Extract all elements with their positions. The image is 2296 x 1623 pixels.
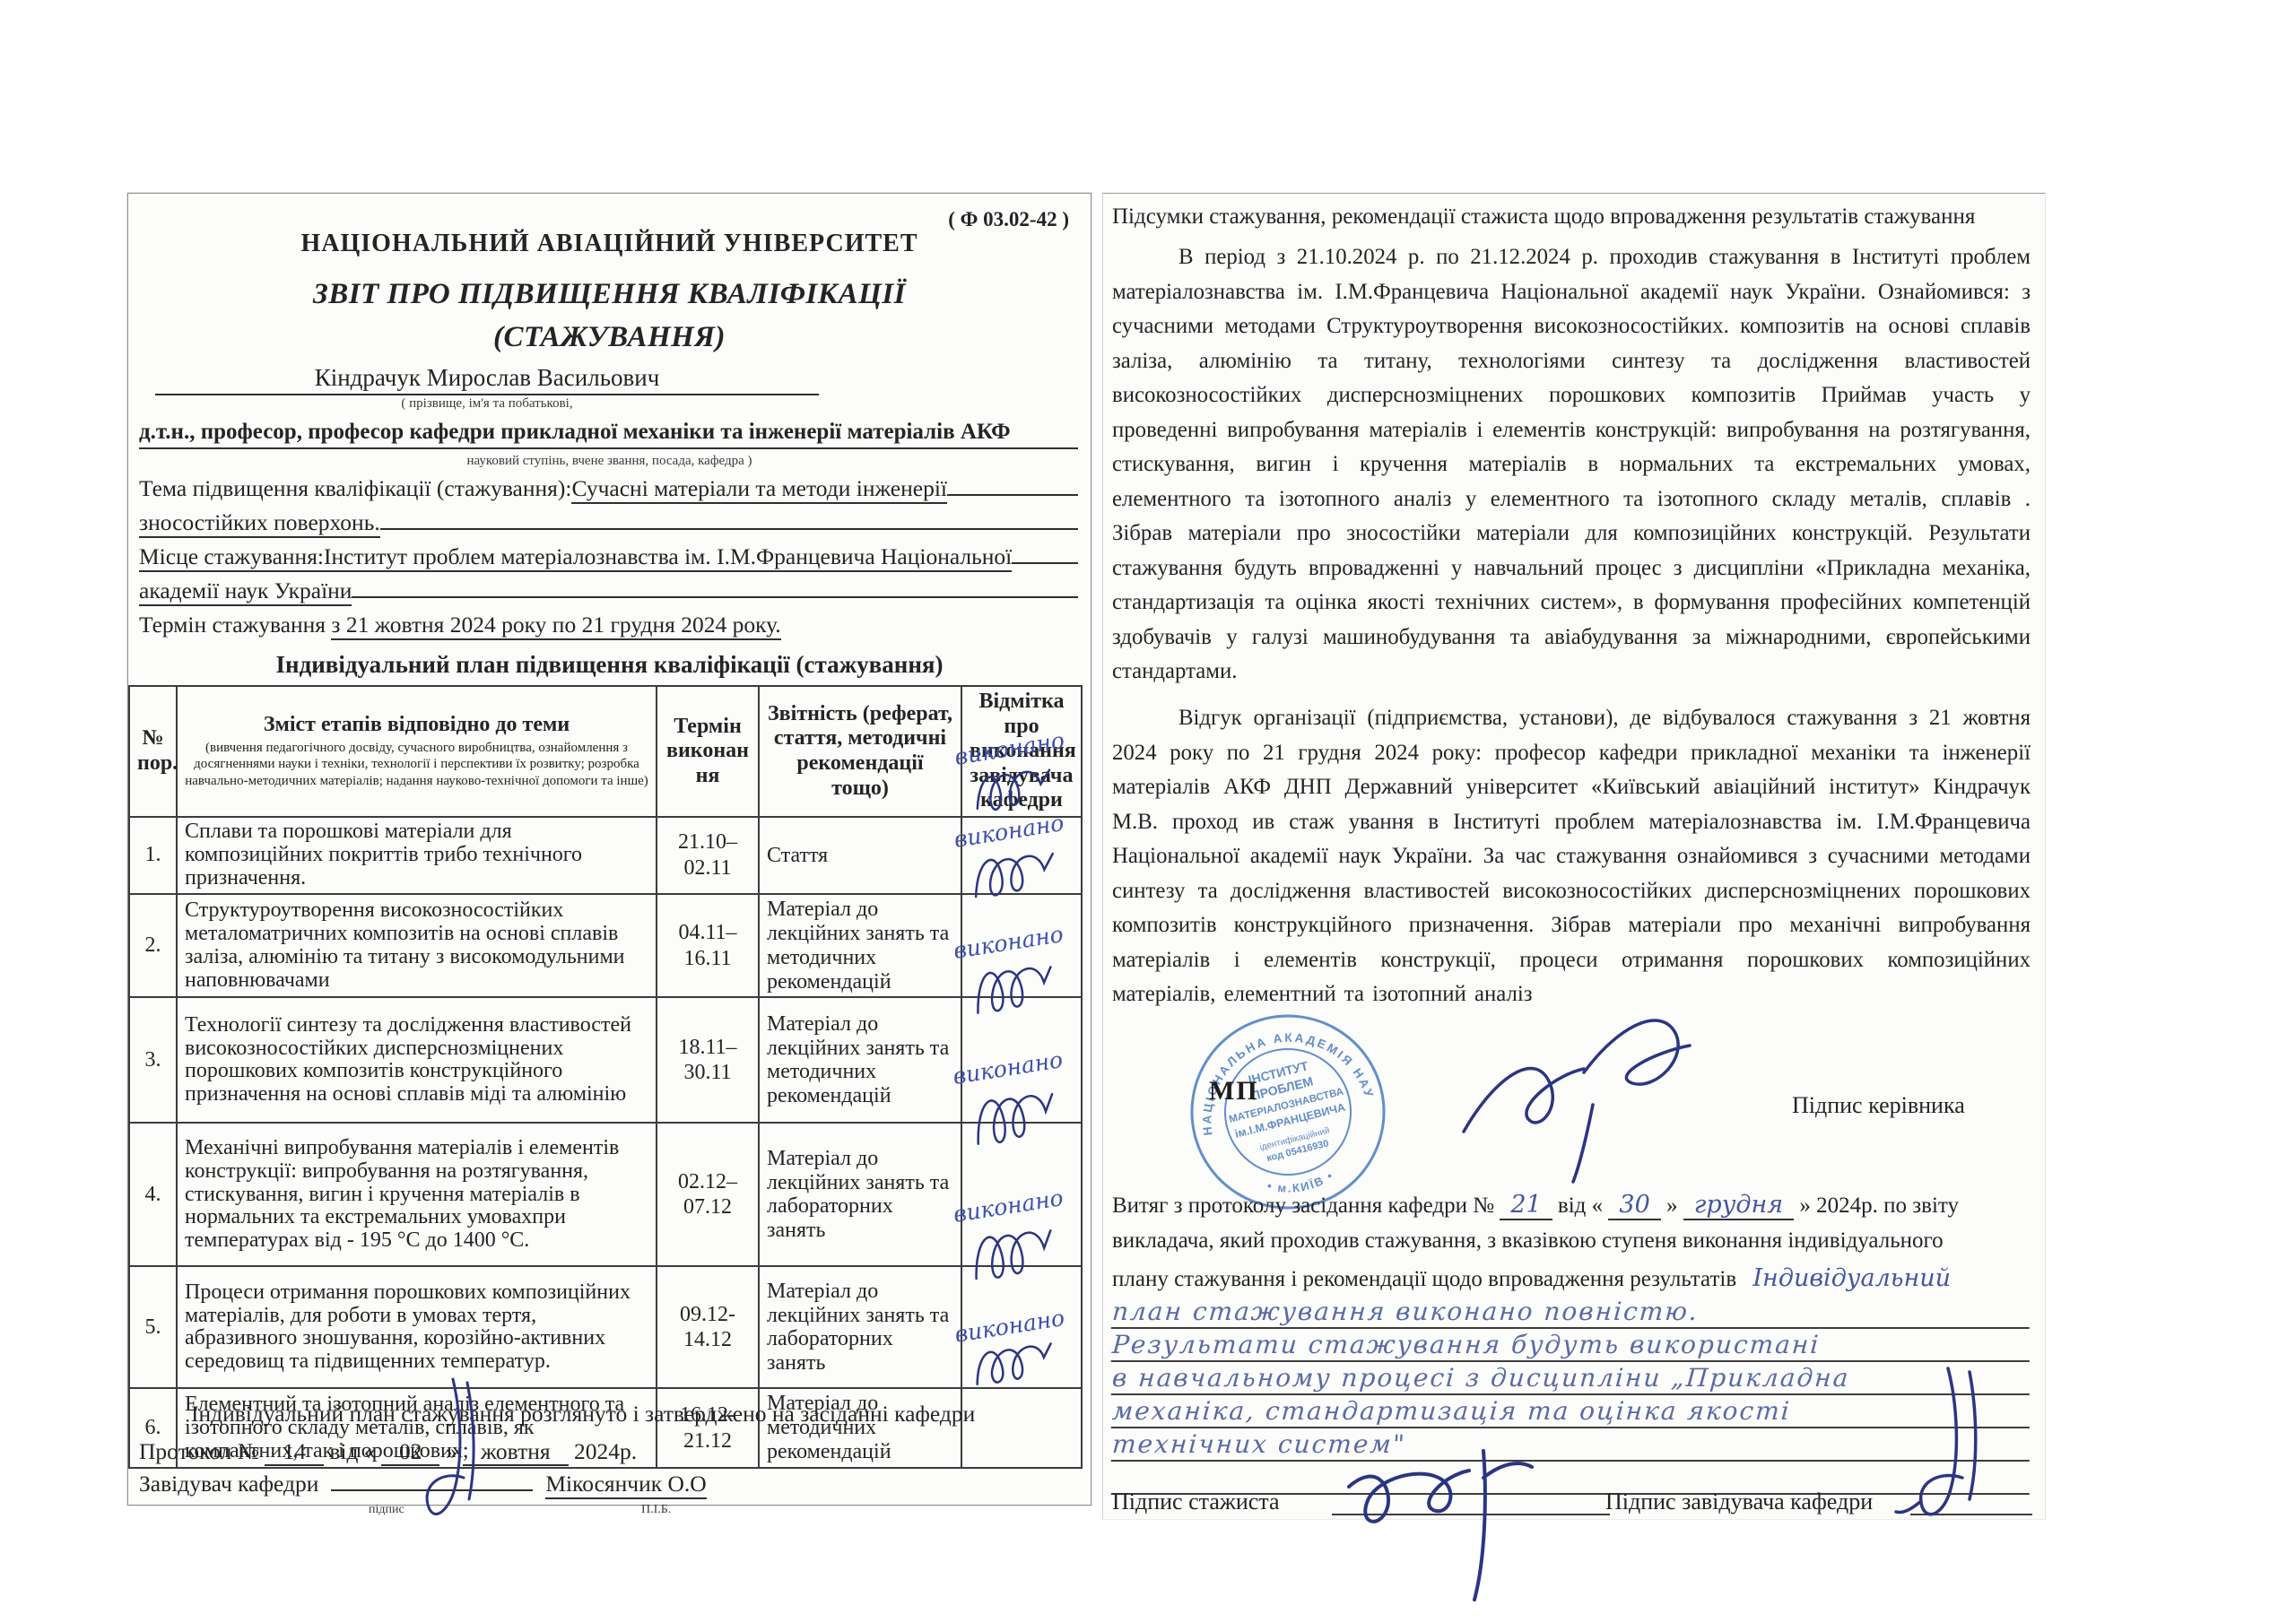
table-row: 5. Процеси отримання порошкових композиц… xyxy=(129,1266,1082,1388)
row-term: 04.11– 16.11 xyxy=(657,894,759,998)
protocol-label-from: від « xyxy=(329,1438,375,1464)
handwritten-line: план стажування виконано повністю. xyxy=(1111,1297,2032,1329)
place-value-line2: академії наук України xyxy=(139,577,352,606)
individual-plan-table: № пор. Зміст етапів відповідно до теми (… xyxy=(128,685,1083,1469)
protocol-year: 2024р. xyxy=(574,1438,637,1464)
term-value: з 21 жовтня 2024 року по 21 грудня 2024 … xyxy=(331,612,780,640)
row-num: 1. xyxy=(129,817,177,894)
summary-heading: Підсумки стажування, рекомендації стажис… xyxy=(1112,204,2031,230)
row-num: 5. xyxy=(129,1266,177,1388)
table-row: 3. Технології синтезу та дослідження вла… xyxy=(129,997,1082,1123)
department-head-name: Мікосянчик О.О xyxy=(545,1471,706,1499)
director-sign-label: Підпис керівника xyxy=(1792,1092,1965,1119)
row-num: 2. xyxy=(129,894,177,998)
row-content: Сплави та порошкові матеріали для композ… xyxy=(177,817,657,894)
col-header-content-sub: (вивчення педагогічного досвіду, сучасно… xyxy=(185,740,648,790)
table-row: 1. Сплави та порошкові матеріали для ком… xyxy=(129,817,1082,894)
topic-value-line1: Сучасні матеріали та методи інженерії xyxy=(571,475,947,504)
trainee-position-caption: науковий ступінь, вчене звання, посада, … xyxy=(128,454,1091,469)
director-signature-icon xyxy=(1449,997,1754,1194)
table-header-row: № пор. Зміст етапів відповідно до теми (… xyxy=(129,686,1082,817)
place-label: Місце стажування: xyxy=(139,543,324,572)
table-row: 2. Структуроутворення високозносостійких… xyxy=(129,894,1082,998)
row-num: 3. xyxy=(129,997,177,1123)
place-line2: академії наук України xyxy=(139,577,1078,606)
extract-quote: » xyxy=(1666,1193,1678,1218)
table-row: 4. Механічні випробування матеріалів і е… xyxy=(129,1123,1082,1266)
head-signature-icon xyxy=(1885,1358,2029,1528)
extract-line3: плану стажування і рекомендації щодо впр… xyxy=(1112,1264,2031,1292)
handwritten-mark: виконано xyxy=(952,1041,1122,1160)
protocol-number: 14 xyxy=(265,1438,324,1466)
protocol-label: Протокол № xyxy=(139,1438,259,1464)
head-sign-label: Підпис завідувача кафедри xyxy=(1605,1488,1873,1515)
trainee-name: Кіндрачук Мирослав Васильович xyxy=(155,364,819,395)
trainee-sign-label: Підпис стажиста xyxy=(1112,1488,1280,1515)
extract-protocol-number: 21 xyxy=(1500,1191,1552,1220)
row-term: 18.11– 30.11 xyxy=(657,997,759,1123)
row-report: Матеріал до лекційних занять та методичн… xyxy=(759,894,961,998)
row-num: 4. xyxy=(129,1123,177,1266)
extract-line2: викладача, який проходив стажування, з в… xyxy=(1112,1228,2031,1254)
trainee-name-caption: ( прізвище, ім'я та побатькові, xyxy=(155,396,819,412)
report-title-line2: (СТАЖУВАННЯ) xyxy=(128,321,1091,354)
extract-day: 30 xyxy=(1608,1191,1660,1220)
topic-label: Тема підвищення кваліфікації (стажування… xyxy=(139,475,571,502)
trainee-signature-icon xyxy=(1335,1424,1550,1612)
row-report: Матеріал до лекційних занять та лаборато… xyxy=(759,1266,961,1388)
extract-label-from: від « xyxy=(1558,1193,1603,1218)
approved-line: Індивідуальний план стажування розглянут… xyxy=(139,1401,1078,1428)
row-report: Матеріал до лекційних занять та лаборато… xyxy=(759,1123,961,1266)
university-name: НАЦІОНАЛЬНИЙ АВІАЦІЙНИЙ УНІВЕРСИТЕТ xyxy=(128,230,1091,258)
topic-line1: Тема підвищення кваліфікації (стажування… xyxy=(139,475,1078,504)
extract-label-results: плану стажування і рекомендації щодо впр… xyxy=(1112,1267,1736,1291)
plan-table-title: Індивідуальний план підвищення кваліфіка… xyxy=(128,651,1091,679)
right-page: Підсумки стажування, рекомендації стажис… xyxy=(1102,193,2046,1520)
row-content: Технології синтезу та дослідження власти… xyxy=(177,997,657,1123)
term-label: Термін стажування xyxy=(139,612,326,638)
extract-line1: Витяг з протоколу засідання кафедри № 21… xyxy=(1112,1191,2031,1219)
term-line: Термін стажування з 21 жовтня 2024 року … xyxy=(139,612,1078,640)
organization-review-paragraph: Відгук організації (підприємства, устано… xyxy=(1112,701,2031,1012)
topic-value-line2: зносостійких поверхонь. xyxy=(139,509,380,538)
place-value-line1: Інститут проблем матеріалознавства ім. І… xyxy=(324,543,1012,572)
handwritten-inline: Індивідуальний xyxy=(1742,1264,1961,1292)
protocol-line: Протокол № 14 від « 02 » жовтня 2024р. xyxy=(139,1438,637,1465)
form-code: ( Ф 03.02-42 ) xyxy=(948,208,1069,231)
extract-label-tail: » 2024р. по звіту xyxy=(1799,1193,1959,1218)
document-scan: ( Ф 03.02-42 ) НАЦІОНАЛЬНИЙ АВІАЦІЙНИЙ У… xyxy=(0,0,2296,1623)
extract-label: Витяг з протоколу засідання кафедри № xyxy=(1112,1193,1494,1218)
head-signature-icon xyxy=(397,1374,514,1535)
row-content: Процеси отримання порошкових композиційн… xyxy=(177,1266,657,1388)
trainee-position: д.т.н., професор, професор кафедри прикл… xyxy=(139,420,1078,449)
summary-paragraph: В період з 21.10.2024 р. по 21.12.2024 р… xyxy=(1112,240,2031,690)
row-report: Матеріал до лекційних занять та методичн… xyxy=(759,997,961,1123)
col-header-report: Звітність (реферат, стаття, методичні ре… xyxy=(759,686,961,817)
row-report: Стаття xyxy=(759,817,961,894)
topic-line2: зносостійких поверхонь. xyxy=(139,509,1078,538)
row-term: 02.12– 07.12 xyxy=(657,1123,759,1266)
row-content: Структуроутворення високозносостійких ме… xyxy=(177,894,657,998)
col-header-content: Зміст етапів відповідно до теми (вивченн… xyxy=(177,686,657,817)
extract-month: грудня xyxy=(1683,1191,1794,1220)
fio-caption: П.І.Б. xyxy=(641,1503,671,1517)
row-content: Механічні випробування матеріалів і елем… xyxy=(177,1123,657,1266)
col-header-term: Термін виконан ня xyxy=(657,686,759,817)
col-header-num: № пор. xyxy=(129,686,177,817)
mp-label: МП xyxy=(1209,1076,1259,1107)
department-head-label: Завідувач кафедри xyxy=(139,1471,318,1497)
report-title-line1: ЗВІТ ПРО ПІДВИЩЕННЯ КВАЛІФІКАЦІЇ xyxy=(128,278,1091,311)
col-header-content-title: Зміст етапів відповідно до теми xyxy=(264,713,570,736)
row-term: 09.12- 14.12 xyxy=(657,1266,759,1388)
row-term: 21.10– 02.11 xyxy=(657,817,759,894)
place-line1: Місце стажування:Інститут проблем матері… xyxy=(139,543,1078,572)
left-page: ( Ф 03.02-42 ) НАЦІОНАЛЬНИЙ АВІАЦІЙНИЙ У… xyxy=(127,193,1091,1506)
